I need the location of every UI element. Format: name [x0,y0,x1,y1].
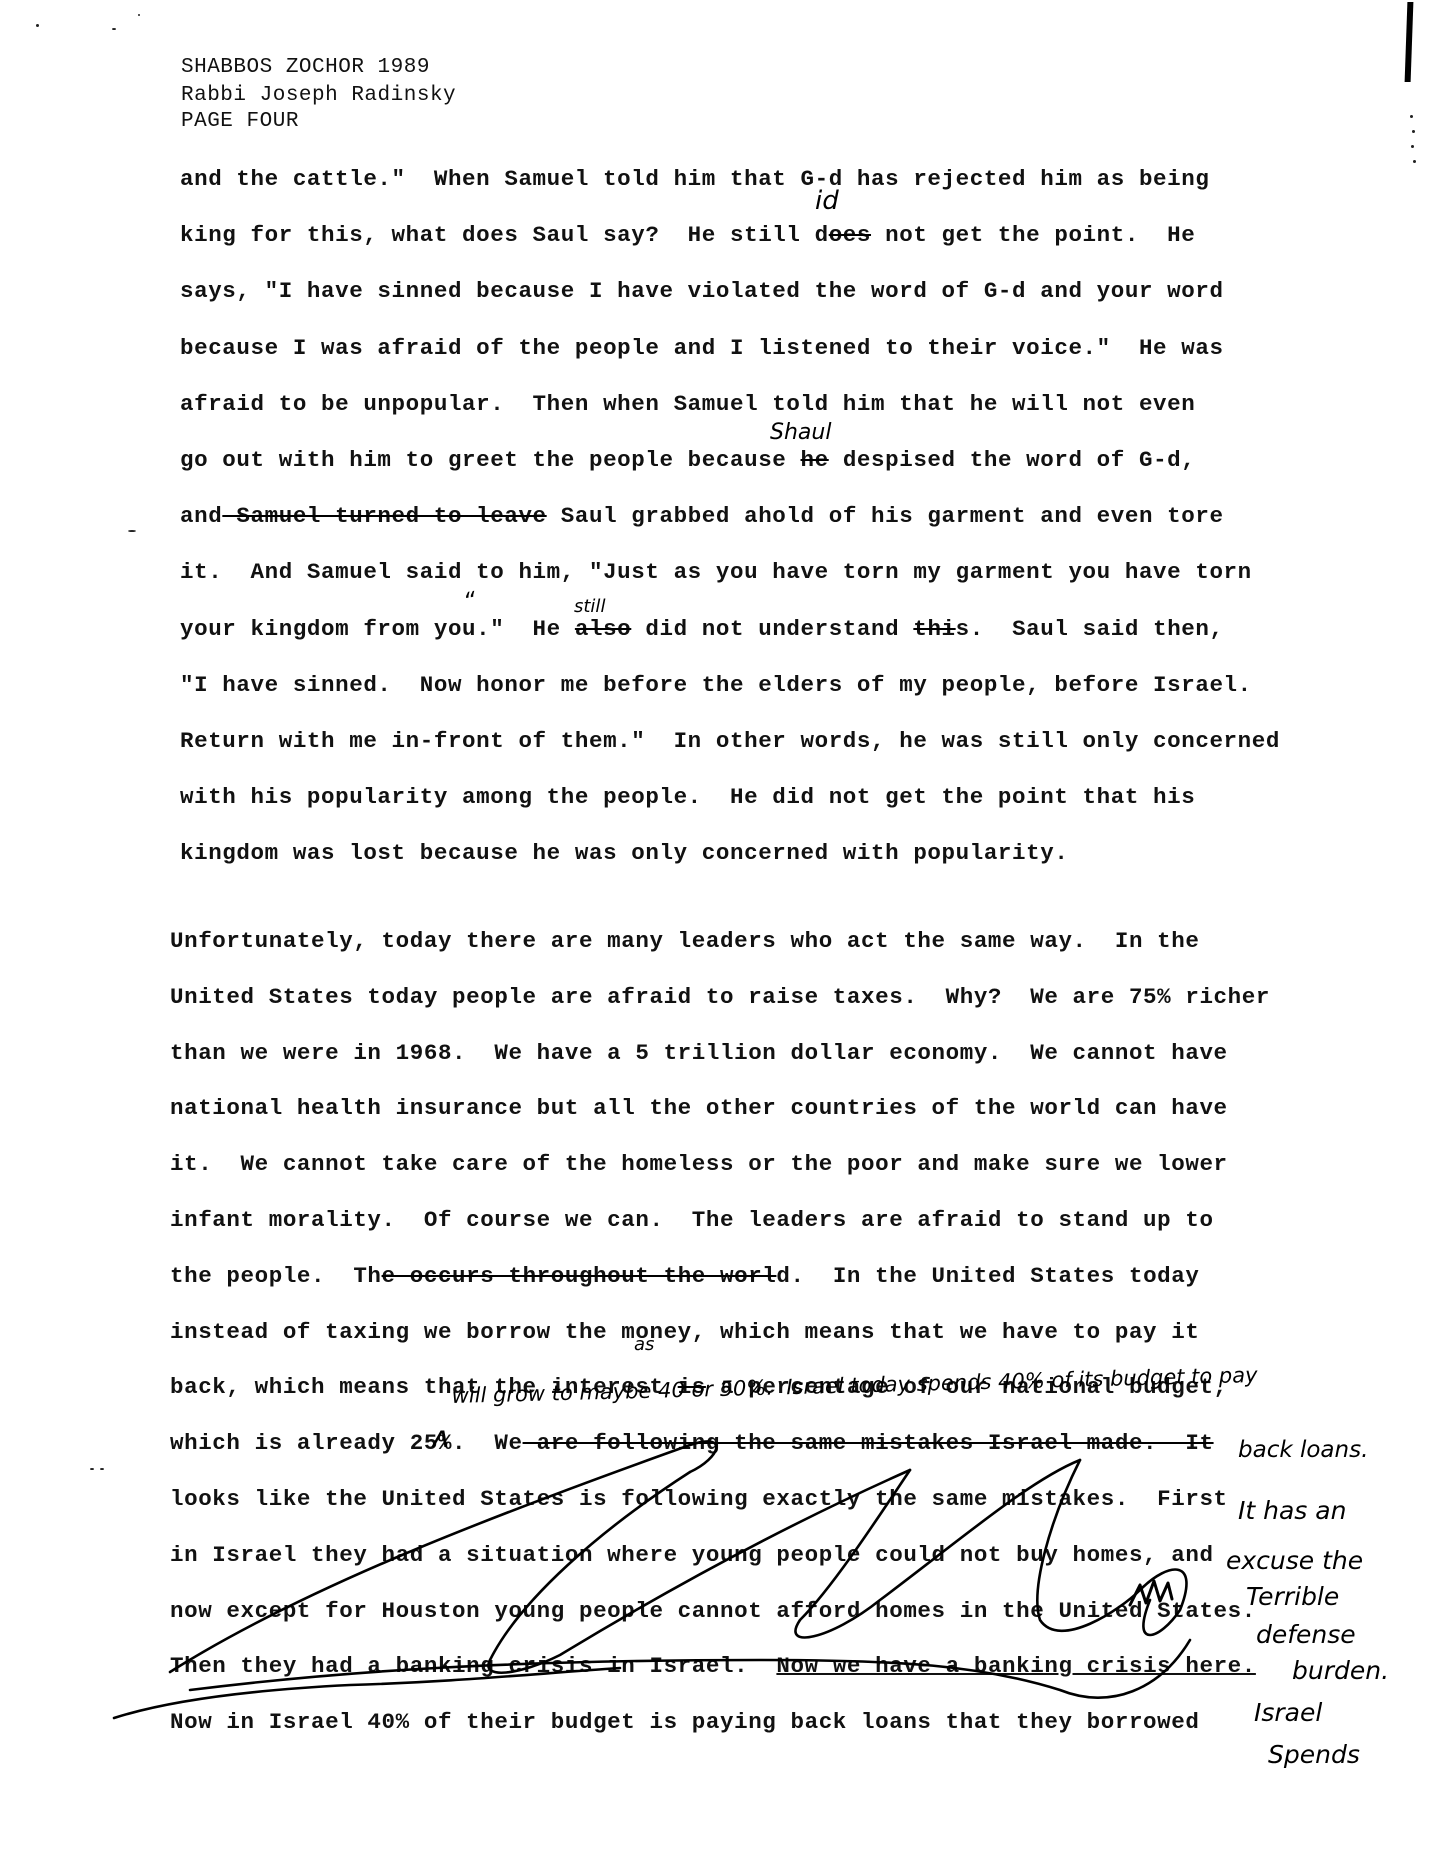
text-segment: now except for Houston young people cann… [170,1598,1256,1624]
page-label: PAGE FOUR [181,110,299,133]
text-segment: s. Saul said then, [956,616,1224,642]
text-segment: Return with me in-front of them." In oth… [180,728,1280,754]
text-line: looks like the United States is followin… [170,1486,1228,1512]
text-segment: the people. Th [170,1263,382,1289]
text-line: your kingdom from you." He also did not … [180,616,1224,642]
text-line: and the cattle." When Samuel told him th… [180,166,1209,192]
scan-speck [90,1468,94,1470]
text-segment: than we were in 1968. We have a 5 trilli… [170,1040,1228,1066]
text-segment: and [180,503,222,529]
text-segment: kingdom was lost because he was only con… [180,840,1068,866]
scan-speck [36,24,39,27]
document-author: Rabbi Joseph Radinsky [181,84,456,107]
handwritten-still-insert: still [574,596,605,617]
handwritten-interest-note: will grow to maybe 40 or 50%. Israel tod… [451,1363,1257,1408]
scanned-document-page: SHABBOS ZOCHOR 1989 Rabbi Joseph Radinsk… [0,0,1430,1851]
handwritten-caret: ʌ [432,1420,450,1455]
text-line: in Israel they had a situation where you… [170,1542,1214,1568]
text-segment: it. We cannot take care of the homeless … [170,1151,1228,1177]
text-line: go out with him to greet the people beca… [180,447,1195,473]
scan-speck [100,1468,104,1470]
handwritten-saul-insert: Shaul [770,420,831,445]
scan-speck [128,530,136,532]
text-segment: because I was afraid of the people and I… [180,335,1224,361]
scan-speck [1411,145,1414,148]
scan-speck [1413,160,1416,163]
text-segment: Now in Israel 40% of their budget is pay… [170,1709,1199,1735]
text-segment: your kingdom from you." He [180,616,575,642]
text-line: Now in Israel 40% of their budget is pay… [170,1709,1199,1735]
text-line: because I was afraid of the people and I… [180,335,1224,361]
struck-text: also [575,616,631,642]
text-segment: Then they had a banking crisis in Israel… [170,1653,776,1679]
text-segment: king for this, what does Saul say? He st… [180,222,829,248]
margin-note-line: burden. [1292,1656,1389,1685]
text-line: the people. The occurs throughout the wo… [170,1263,1200,1289]
text-line: kingdom was lost because he was only con… [180,840,1068,866]
text-segment: afraid to be unpopular. Then when Samuel… [180,391,1195,417]
handwritten-as-insert: as [634,1334,654,1355]
text-segment: d. In the United States today [776,1263,1199,1289]
struck-text: are following the same mistakes Israel m… [523,1430,1214,1456]
text-line: king for this, what does Saul say? He st… [180,222,1195,248]
margin-note-line: Terrible [1246,1582,1339,1611]
text-segment: says, "I have sinned because I have viol… [180,278,1224,304]
text-line: infant morality. Of course we can. The l… [170,1207,1214,1233]
scan-speck [138,14,140,16]
text-line: instead of taxing we borrow the money, w… [170,1319,1199,1345]
handwritten-quote-mark: “ [461,586,478,616]
text-segment: in Israel they had a situation where you… [170,1542,1214,1568]
text-segment: United States today people are afraid to… [170,984,1270,1010]
margin-note-line: Spends [1268,1740,1360,1769]
text-line: "I have sinned. Now honor me before the … [180,672,1252,698]
scan-speck [1412,130,1415,133]
handwritten-did-insert: id [815,186,839,216]
text-line: Return with me in-front of them." In oth… [180,728,1280,754]
text-segment: instead of taxing we borrow the money, w… [170,1319,1199,1345]
struck-text: Samuel turned to leave [222,503,546,529]
text-line: says, "I have sinned because I have viol… [180,278,1224,304]
text-line: now except for Houston young people cann… [170,1598,1256,1624]
text-line: and Samuel turned to leave Saul grabbed … [180,503,1224,529]
text-line: which is already 25%. We are following t… [170,1430,1214,1456]
underlined-text: Now we have a banking crisis here. [776,1653,1255,1679]
scan-speck [112,28,116,30]
margin-note-line: Israel [1254,1698,1322,1727]
handwritten-interest-note-continued: back loans. [1238,1437,1368,1463]
text-segment: with his popularity among the people. He… [180,784,1195,810]
scan-edge-mark [1405,2,1414,82]
text-segment: looks like the United States is followin… [170,1486,1228,1512]
text-segment: "I have sinned. Now honor me before the … [180,672,1252,698]
text-line: afraid to be unpopular. Then when Samuel… [180,391,1195,417]
text-segment: despised the word of G-d, [829,447,1196,473]
text-line: it. And Samuel said to him, "Just as you… [180,559,1252,585]
text-segment: it. And Samuel said to him, "Just as you… [180,559,1252,585]
text-segment: not get the point. He [871,222,1195,248]
text-line: Then they had a banking crisis in Israel… [170,1653,1256,1679]
margin-note-line: It has an [1238,1496,1346,1525]
text-segment: go out with him to greet the people beca… [180,447,801,473]
text-segment: infant morality. Of course we can. The l… [170,1207,1214,1233]
struck-text: e occurs throughout the worl [382,1263,777,1289]
text-line: national health insurance but all the ot… [170,1095,1228,1121]
struck-text: he [801,447,829,473]
margin-note-line: excuse the [1226,1546,1363,1575]
text-segment: Saul grabbed ahold of his garment and ev… [547,503,1224,529]
document-title: SHABBOS ZOCHOR 1989 [181,56,430,79]
scan-speck [1410,115,1413,118]
text-segment: Unfortunately, today there are many lead… [170,928,1199,954]
text-segment: national health insurance but all the ot… [170,1095,1228,1121]
text-segment: and the cattle." When Samuel told him th… [180,166,1209,192]
text-line: United States today people are afraid to… [170,984,1270,1010]
text-line: it. We cannot take care of the homeless … [170,1151,1228,1177]
struck-text: oes [829,222,871,248]
margin-note-line: defense [1256,1620,1356,1649]
text-line: Unfortunately, today there are many lead… [170,928,1199,954]
text-segment: did not understand [631,616,913,642]
text-segment: which is already 25%. We [170,1430,523,1456]
struck-text: thi [913,616,955,642]
text-line: than we were in 1968. We have a 5 trilli… [170,1040,1228,1066]
text-line: with his popularity among the people. He… [180,784,1195,810]
